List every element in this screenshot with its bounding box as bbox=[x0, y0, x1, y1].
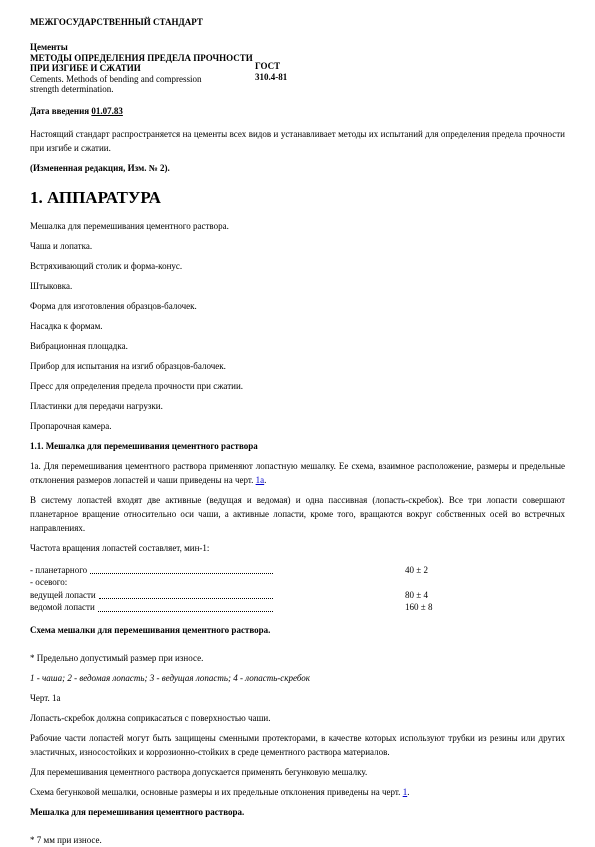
equipment-item: Мешалка для перемешивания цементного рас… bbox=[30, 219, 565, 233]
title-subject: Цементы bbox=[30, 42, 253, 53]
equipment-item: Пластинки для передачи нагрузки. bbox=[30, 399, 565, 413]
document-title: Цементы МЕТОДЫ ОПРЕДЕЛЕНИЯ ПРЕДЕЛА ПРОЧН… bbox=[30, 42, 253, 95]
standard-type-label: МЕЖГОСУДАРСТВЕННЫЙ СТАНДАРТ bbox=[30, 15, 565, 29]
equipment-item: Чаша и лопатка. bbox=[30, 239, 565, 253]
rotation-speed-label: - планетарного bbox=[30, 564, 87, 577]
section-1-heading: 1. АППАРАТУРА bbox=[30, 188, 565, 208]
equipment-item: Вибрационная площадка. bbox=[30, 339, 565, 353]
paragraph-protectors: Рабочие части лопастей могут быть защище… bbox=[30, 731, 565, 759]
rotation-speed-label: ведомой лопасти bbox=[30, 601, 95, 614]
gost-label: ГОСТ bbox=[255, 61, 287, 72]
paragraph-rotation-frequency: Частота вращения лопастей составляет, ми… bbox=[30, 541, 565, 555]
paragraph-scraper: Лопасть-скребок должна соприкасаться с п… bbox=[30, 711, 565, 725]
rotation-speed-value: 80 ± 4 bbox=[405, 589, 428, 602]
equipment-item: Форма для изготовления образцов-балочек. bbox=[30, 299, 565, 313]
effective-date-label: Дата введения bbox=[30, 106, 89, 116]
title-main-line2: ПРИ ИЗГИБЕ И СЖАТИИ bbox=[30, 63, 253, 74]
effective-date-value: 01.07.83 bbox=[91, 106, 123, 116]
document-page: МЕЖГОСУДАРСТВЕННЫЙ СТАНДАРТ Цементы МЕТО… bbox=[0, 0, 595, 842]
effective-date-line: Дата введения 01.07.83 bbox=[30, 104, 565, 118]
equipment-item: Пропарочная камера. bbox=[30, 419, 565, 433]
equipment-item: Встряхивающий столик и форма-конус. bbox=[30, 259, 565, 273]
paragraph-runner-scheme-text: Схема бегунковой мешалки, основные разме… bbox=[30, 787, 403, 797]
rotation-speed-row: - осевого: bbox=[30, 576, 565, 589]
rotation-speed-label: - осевого: bbox=[30, 576, 67, 589]
paragraph-blade-system: В систему лопастей входят две активные (… bbox=[30, 493, 565, 535]
figure-1a-label: Черт. 1а bbox=[30, 691, 565, 705]
figure-1a-legend: 1 - чаша; 2 - ведомая лопасть; 3 - ведущ… bbox=[30, 671, 565, 685]
title-block: Цементы МЕТОДЫ ОПРЕДЕЛЕНИЯ ПРЕДЕЛА ПРОЧН… bbox=[30, 42, 565, 95]
paragraph-runner-scheme: Схема бегунковой мешалки, основные разме… bbox=[30, 785, 565, 799]
gost-number: 310.4-81 bbox=[255, 72, 287, 83]
figure-1a-footnote: * Предельно допустимый размер при износе… bbox=[30, 651, 565, 665]
equipment-item: Штыковка. bbox=[30, 279, 565, 293]
dotted-leader bbox=[99, 589, 273, 600]
paragraph-1a-tail: . bbox=[264, 475, 266, 485]
rotation-speed-value: 160 ± 8 bbox=[405, 601, 432, 614]
dotted-leader bbox=[90, 564, 273, 575]
title-english-line2: strength determination. bbox=[30, 84, 253, 95]
equipment-item: Насадка к формам. bbox=[30, 319, 565, 333]
figure-1-title: Мешалка для перемешивания цементного рас… bbox=[30, 805, 565, 819]
paragraph-runner-mixer: Для перемешивания цементного раствора до… bbox=[30, 765, 565, 779]
rotation-speed-row: ведущей лопасти 80 ± 4 bbox=[30, 589, 565, 602]
gost-designation: ГОСТ 310.4-81 bbox=[255, 42, 287, 95]
scope-paragraph: Настоящий стандарт распространяется на ц… bbox=[30, 127, 565, 155]
subsection-1-1-heading: 1.1. Мешалка для перемешивания цементног… bbox=[30, 439, 565, 453]
dotted-leader bbox=[70, 576, 273, 587]
rotation-speed-table: - планетарного 40 ± 2 - осевого: ведущей… bbox=[30, 564, 565, 614]
paragraph-1a: 1а. Для перемешивания цементного раствор… bbox=[30, 459, 565, 487]
rotation-speed-value: 40 ± 2 bbox=[405, 564, 428, 577]
paragraph-1a-text: 1а. Для перемешивания цементного раствор… bbox=[30, 461, 565, 485]
figure-1a-link[interactable]: 1а bbox=[256, 475, 265, 485]
rotation-speed-row: ведомой лопасти 160 ± 8 bbox=[30, 601, 565, 614]
figure-1-footnote: * 7 мм при износе. bbox=[30, 833, 565, 847]
equipment-item: Пресс для определения предела прочности … bbox=[30, 379, 565, 393]
rotation-speed-row: - планетарного 40 ± 2 bbox=[30, 564, 565, 577]
rotation-speed-label: ведущей лопасти bbox=[30, 589, 96, 602]
title-main-line1: МЕТОДЫ ОПРЕДЕЛЕНИЯ ПРЕДЕЛА ПРОЧНОСТИ bbox=[30, 53, 253, 64]
dotted-leader bbox=[98, 601, 273, 612]
figure-1a-title: Схема мешалки для перемешивания цементно… bbox=[30, 623, 565, 637]
amendment-note: (Измененная редакция, Изм. № 2). bbox=[30, 161, 565, 175]
paragraph-runner-scheme-tail: . bbox=[407, 787, 409, 797]
equipment-item: Прибор для испытания на изгиб образцов-б… bbox=[30, 359, 565, 373]
title-english-line1: Cements. Methods of bending and compress… bbox=[30, 74, 253, 85]
